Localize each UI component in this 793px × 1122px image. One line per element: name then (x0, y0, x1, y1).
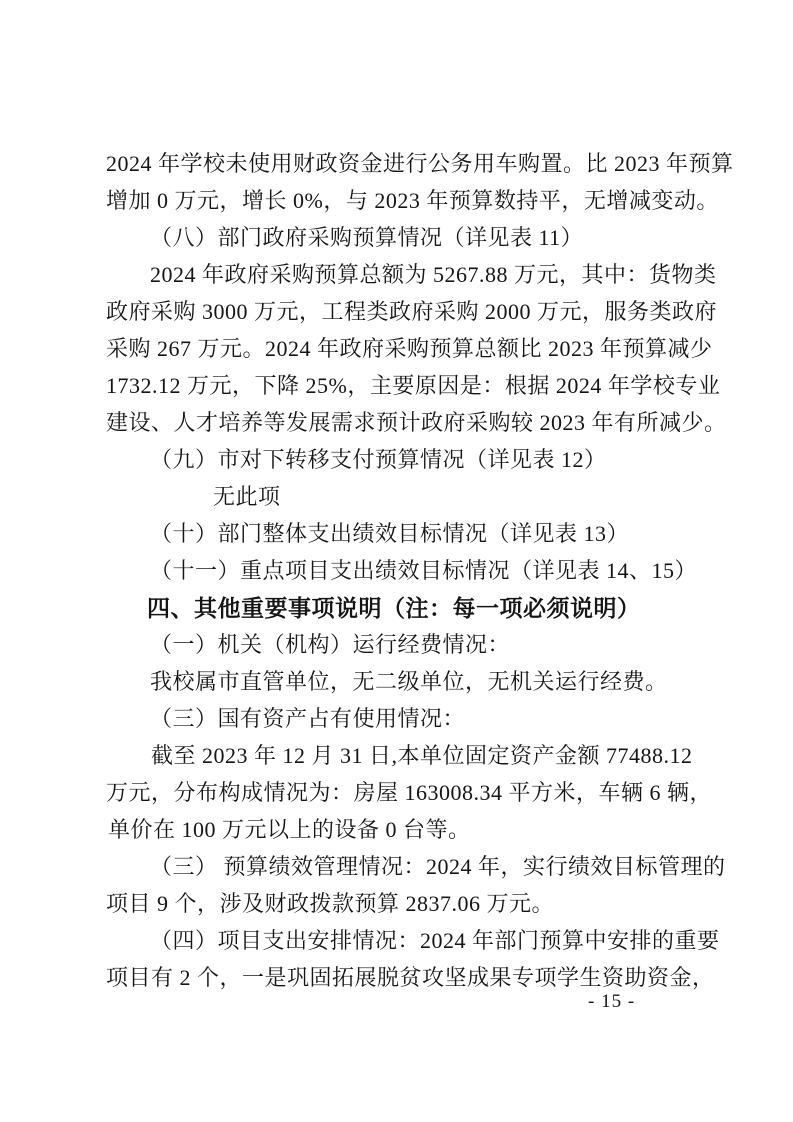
paragraph-line: 采购 267 万元。2024 年政府采购预算总额比 2023 年预算减少 (106, 334, 713, 364)
paragraph-line: 截至 2023 年 12 月 31 日,本单位固定资产金额 77488.12 (151, 741, 693, 771)
paragraph-line: 增加 0 万元，增长 0%，与 2023 年预算数持平，无增减变动。 (106, 186, 719, 216)
heading-sub-3-performance: （三） 预算绩效管理情况：2024 年，实行绩效目标管理的 (150, 852, 726, 882)
heading-item-8: （八）部门政府采购预算情况（详见表 11） (150, 223, 583, 253)
heading-item-10: （十）部门整体支出绩效目标情况（详见表 13） (150, 519, 629, 549)
paragraph-line: 建设、人才培养等发展需求预计政府采购较 2023 年有所减少。 (106, 408, 727, 438)
note-no-such-item: 无此项 (213, 482, 281, 512)
heading-sub-1: （一）机关（机构）运行经费情况： (150, 630, 510, 660)
heading-sub-4: （四）项目支出安排情况：2024 年部门预算中安排的重要 (150, 926, 720, 956)
heading-item-9: （九）市对下转移支付预算情况（详见表 12） (150, 445, 607, 475)
paragraph-line: 单价在 100 万元以上的设备 0 台等。 (108, 815, 471, 845)
paragraph-line: 项目有 2 个，一是巩固拓展脱贫攻坚成果专项学生资助资金， (106, 963, 715, 993)
paragraph-line: 2024 年政府采购预算总额为 5267.88 万元，其中：货物类 (150, 260, 717, 290)
heading-sub-3-assets: （三）国有资产占有使用情况： (150, 704, 465, 734)
document-page: 2024 年学校未使用财政资金进行公务用车购置。比 2023 年预算 增加 0 … (0, 0, 793, 1122)
paragraph-line: 政府采购 3000 万元，工程类政府采购 2000 万元，服务类政府 (106, 297, 717, 327)
section-heading-other-matters: 四、其他重要事项说明（注：每一项必须说明） (147, 593, 641, 623)
paragraph-line: 万元，分布构成情况为：房屋 163008.34 平方米，车辆 6 辆， (106, 778, 712, 808)
page-number: - 15 - (588, 991, 635, 1013)
paragraph-line: 1732.12 万元，下降 25%，主要原因是：根据 2024 年学校专业 (106, 371, 720, 401)
paragraph-line: 2024 年学校未使用财政资金进行公务用车购置。比 2023 年预算 (106, 149, 734, 179)
paragraph-line: 我校属市直管单位，无二级单位，无机关运行经费。 (150, 667, 668, 697)
heading-item-11: （十一）重点项目支出绩效目标情况（详见表 14、15） (150, 556, 697, 586)
paragraph-line: 项目 9 个，涉及财政拨款预算 2837.06 万元。 (106, 889, 554, 919)
